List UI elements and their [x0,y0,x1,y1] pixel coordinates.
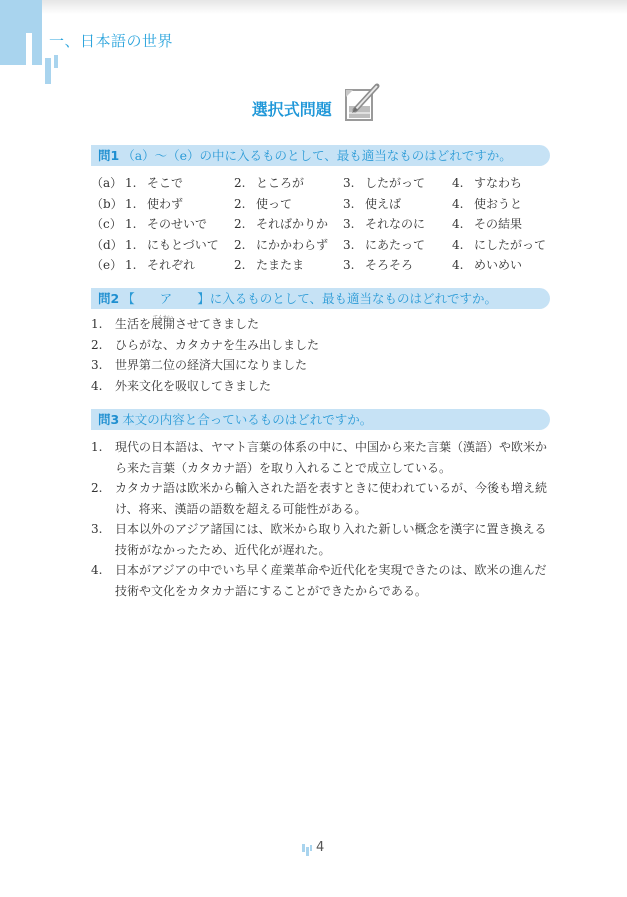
option-item: 2. ひらがな、カタカナを生み出しました [91,335,551,356]
option-number: 2. [234,255,245,276]
option-text: 日本以外のアジア諸国には、欧米から取り入れた新しい概念を漢字に置き換える技術がな… [115,522,547,557]
option-number: 1. [91,437,102,458]
page-number-decor [302,844,305,852]
option-text: めいめい [474,255,522,276]
row-label: （c） [91,214,122,235]
option-text: したがって [365,173,425,194]
chapter-title: 一、日本語の世界 [49,30,173,51]
corner-notch [26,33,32,65]
option-text: それなのに [365,214,425,235]
option-row: （d） 1.にもとづいて 2.にかかわらず 3.にあたって 4.にしたがって [91,235,551,256]
option-text: 外来文化を吸収してきました [115,379,271,393]
question-1-header: 問1（a）～（e）の中に入るものとして、最も適当なものはどれですか。 [91,145,550,166]
top-shadow [0,0,627,14]
option-text: 現代の日本語は、ヤマト言葉の体系の中に、中国から来た言葉（漢語）や欧米から来た言… [115,440,547,475]
row-label: （d） [91,235,123,256]
option-number: 4. [91,560,102,581]
question-prompt: （a）～（e）の中に入るものとして、最も適当なものはどれですか。 [122,148,512,163]
option-item: 4. 日本がアジアの中でいち早く産業革命や近代化を実現できたのは、欧米の進んだ技… [91,560,551,601]
option-number: 3. [91,355,102,376]
option-text: にあたって [365,235,425,256]
option-number: 3. [343,214,354,235]
corner-decoration [0,0,42,65]
option-number: 1. [125,173,136,194]
option-number: 3. [343,194,354,215]
pencil-paper-icon [343,82,383,122]
question-3-header: 問3本文の内容と合っているものはどれですか。 [91,409,550,430]
question-3-options: 1. 現代の日本語は、ヤマト言葉の体系の中に、中国から来た言葉（漢語）や欧米から… [91,437,551,601]
option-number: 4. [452,255,463,276]
option-number: 4. [452,214,463,235]
option-item: 2. カタカナ語は欧米から輸入された語を表すときに使われているが、今後も増え続け… [91,478,551,519]
option-item: 1. 現代の日本語は、ヤマト言葉の体系の中に、中国から来た言葉（漢語）や欧米から… [91,437,551,478]
page-number-decor [310,845,312,851]
option-text: ひらがな、カタカナを生み出しました [115,338,319,352]
option-text: そろそろ [365,255,413,276]
question-2-header: 問2【 ア 】に入るものとして、最も適当なものはどれですか。 [91,288,550,309]
option-number: 2. [234,173,245,194]
question-number: 問3 [98,412,119,427]
option-number: 2. [234,235,245,256]
option-row: （a） 1.そこで 2.ところが 3.したがって 4.すなわち [91,173,551,194]
option-number: 1. [125,255,136,276]
option-text: 世界第二位の経済大国になりました [115,358,307,372]
option-text: させてきました [175,317,259,331]
option-text: すなわち [474,173,522,194]
option-number: 2. [234,214,245,235]
option-number: 4. [452,194,463,215]
option-text: にかかわらず [256,235,328,256]
question-prompt: 本文の内容と合っているものはどれですか。 [122,412,372,427]
option-item: 3. 日本以外のアジア諸国には、欧米から取り入れた新しい概念を漢字に置き換える技… [91,519,551,560]
option-text: 日本がアジアの中でいち早く産業革命や近代化を実現できたのは、欧米の進んだ技術や文… [115,563,547,598]
option-number: 4. [91,376,102,397]
option-item: 4. 外来文化を吸収してきました [91,376,551,397]
option-text: 生活を [115,317,151,331]
row-label: （b） [91,194,123,215]
option-number: 2. [91,335,102,356]
row-label: （e） [91,255,122,276]
option-number: 1. [125,235,136,256]
option-text: たまたま [256,255,304,276]
option-item: 1. 生活をてんかい展開させてきました [91,314,551,335]
option-number: 2. [91,478,102,499]
question-prompt: 【 ア 】に入るものとして、最も適当なものはどれですか。 [122,291,497,306]
option-text: ところが [256,173,304,194]
option-number: 1. [125,194,136,215]
option-text: にしたがって [474,235,546,256]
option-number: 3. [91,519,102,540]
section-heading: 選択式問題 [0,88,627,128]
question-number: 問1 [98,148,119,163]
page-number-decor [306,847,309,856]
option-number: 4. [452,235,463,256]
option-text: そこで [147,173,183,194]
question-number: 問2 [98,291,119,306]
option-text: にもとづいて [147,235,219,256]
row-label: （a） [91,173,122,194]
ruby-word: てんかい展開 [151,314,175,335]
option-row: （e） 1.それぞれ 2.たまたま 3.そろそろ 4.めいめい [91,255,551,276]
option-text: 使わず [147,194,183,215]
option-text: その結果 [474,214,522,235]
question-1-options-table: （a） 1.そこで 2.ところが 3.したがって 4.すなわち （b） 1.使わ… [91,173,551,276]
option-row: （b） 1.使わず 2.使って 3.使えば 4.使おうと [91,194,551,215]
option-number: 1. [125,214,136,235]
option-number: 4. [452,173,463,194]
decor-bar [45,58,51,84]
page-number: 4 [316,840,324,855]
option-number: 1. [91,314,102,335]
option-row: （c） 1.そのせいで 2.そればかりか 3.それなのに 4.その結果 [91,214,551,235]
section-title: 選択式問題 [252,97,332,120]
option-number: 3. [343,173,354,194]
option-number: 2. [234,194,245,215]
furigana: てんかい [153,308,173,329]
option-text: それぞれ [147,255,195,276]
decor-bar [54,55,58,68]
question-2-options: 1. 生活をてんかい展開させてきました 2. ひらがな、カタカナを生み出しました… [91,314,551,396]
option-text: カタカナ語は欧米から輸入された語を表すときに使われているが、今後も増え続け、将来… [115,481,547,516]
option-item: 3. 世界第二位の経済大国になりました [91,355,551,376]
option-number: 3. [343,235,354,256]
option-text: そればかりか [256,214,328,235]
option-text: 使えば [365,194,401,215]
option-text: そのせいで [147,214,207,235]
option-text: 使おうと [474,194,522,215]
option-text: 使って [256,194,292,215]
option-number: 3. [343,255,354,276]
